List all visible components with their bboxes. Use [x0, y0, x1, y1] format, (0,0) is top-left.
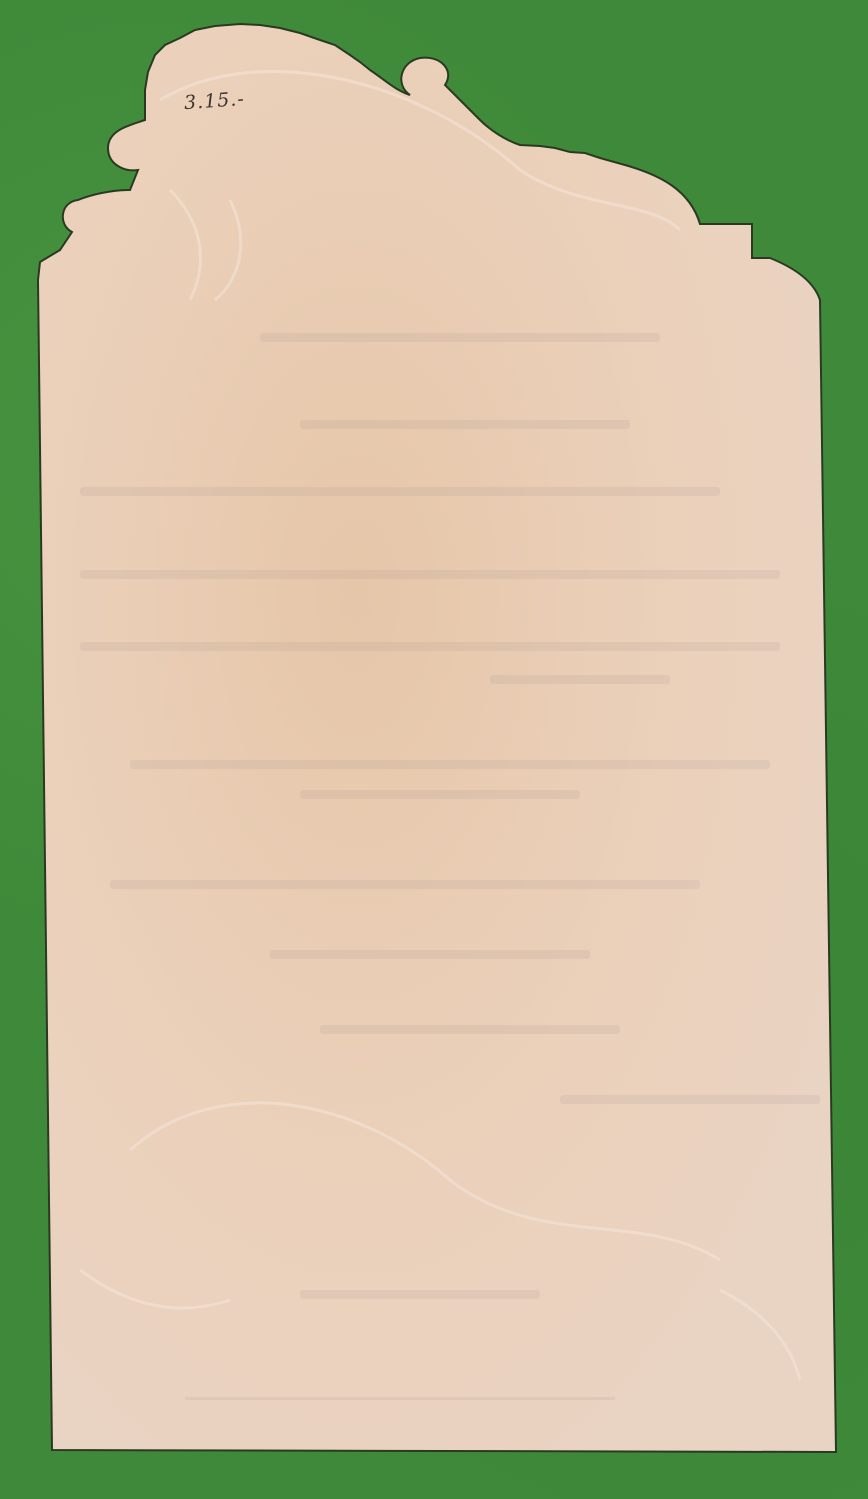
menu-card — [0, 0, 868, 1499]
show-through-line — [260, 333, 660, 342]
show-through-line — [300, 790, 580, 799]
show-through-line — [300, 420, 630, 429]
show-through-line — [80, 570, 780, 579]
show-through-rule — [185, 1397, 615, 1400]
show-through-line — [80, 642, 780, 651]
handwritten-price-note: 3.15.- — [183, 88, 245, 114]
show-through-line — [320, 1025, 620, 1034]
show-through-line — [300, 1290, 540, 1299]
show-through-line — [110, 880, 700, 889]
show-through-line — [270, 950, 590, 959]
show-through-line — [560, 1095, 820, 1104]
card-silhouette — [38, 24, 836, 1452]
show-through-line — [130, 760, 770, 769]
show-through-line — [490, 675, 670, 684]
show-through-line — [80, 487, 720, 496]
